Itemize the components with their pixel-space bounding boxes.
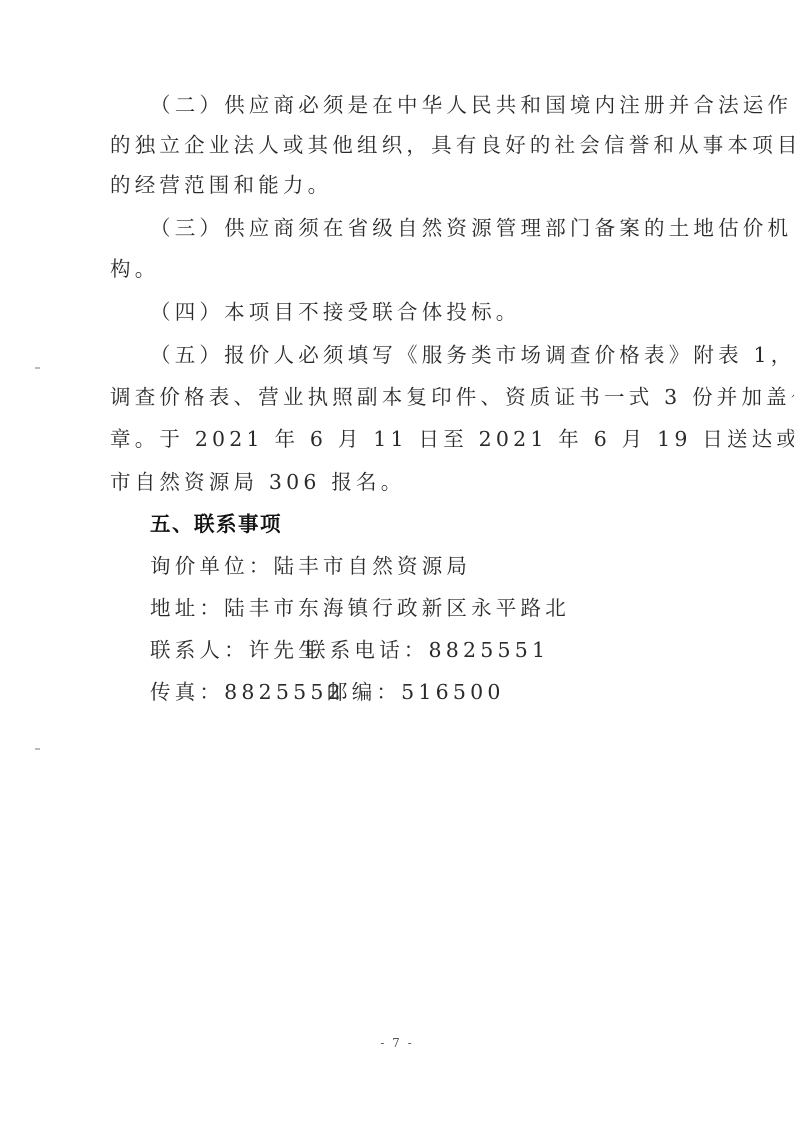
contact-person: 联系人：许先生 (150, 633, 323, 663)
document-page: （二）供应商必须是在中华人民共和国境内注册并合法运作 的独立企业法人或其他组织，… (0, 0, 794, 1123)
item-2-line-3: 的经营范围和能力。 (110, 168, 332, 198)
item-5-line-3: 章。于 2021 年 6 月 11 日至 2021 年 6 月 19 日送达或邮… (110, 422, 794, 452)
item-4-line-1: （四）本项目不接受联合体投标。 (150, 295, 521, 325)
postcode: 邮编：516500 (327, 675, 505, 705)
item-5-line-4: 市自然资源局 306 报名。 (110, 465, 405, 495)
item-5-line-2: 调查价格表、营业执照副本复印件、资质证书一式 3 份并加盖公 (110, 380, 794, 410)
section-heading: 五、联系事项 (150, 507, 282, 537)
scan-mark (35, 748, 40, 750)
item-2-line-2: 的独立企业法人或其他组织，具有良好的社会信誉和从事本项目 (110, 128, 794, 158)
inquiry-unit: 询价单位：陆丰市自然资源局 (150, 549, 471, 579)
item-2-line-1: （二）供应商必须是在中华人民共和国境内注册并合法运作 (150, 88, 792, 118)
item-3-line-1: （三）供应商须在省级自然资源管理部门备案的土地估价机 (150, 211, 792, 241)
page-number: - 7 - (0, 1036, 794, 1050)
item-5-line-1: （五）报价人必须填写《服务类市场调查价格表》附表 1，凭 (150, 338, 794, 368)
contact-phone: 联系电话：8825551 (305, 633, 549, 663)
fax: 传真：8825552 (150, 675, 345, 705)
scan-mark (35, 367, 40, 369)
item-3-line-2: 构。 (110, 252, 159, 282)
address: 地址：陆丰市东海镇行政新区永平路北 (150, 591, 570, 621)
